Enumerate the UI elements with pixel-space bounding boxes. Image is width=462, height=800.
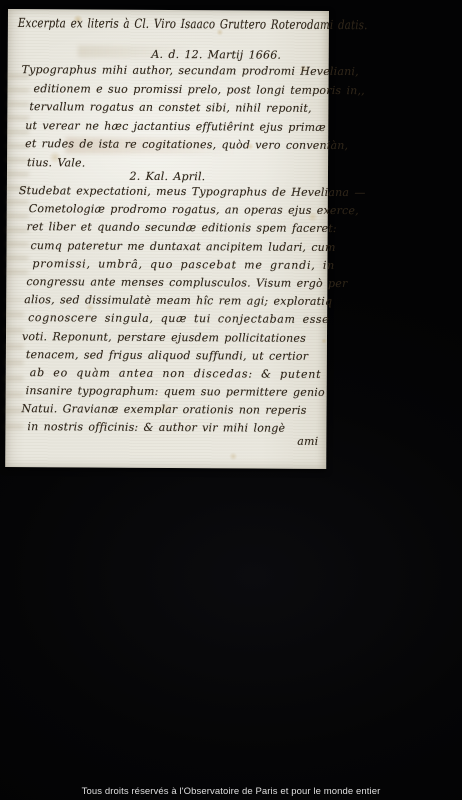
- manuscript-line: ab eo quàm antea non discedas: & putent: [30, 366, 323, 386]
- paragraph-first: Typographus mihi author, secundam prodro…: [17, 63, 325, 176]
- manuscript-line: in nostris officinis: & author vir mihi …: [27, 421, 322, 441]
- manuscript-page: Excerpta ex literis à Cl. Viro Isaaco Gr…: [5, 9, 329, 469]
- manuscript-line: congressu ante menses complusculos. Visu…: [26, 275, 323, 295]
- manuscript-line: ret liber et quando secundæ editionis sp…: [27, 220, 324, 240]
- dateline-second: 2. Kal. April.: [7, 169, 342, 184]
- manuscript-line: voti. Reponunt, perstare ejusdem pollici…: [22, 330, 323, 350]
- manuscript-line: Studebat expectationi, meus Typographus …: [19, 184, 324, 204]
- manuscript-line: tenacem, sed frigus aliquod suffundi, ut…: [26, 348, 323, 368]
- manuscript-line: alios, sed dissimulatè meam hîc rem agi;…: [24, 293, 323, 313]
- catchword: ami: [297, 435, 318, 448]
- manuscript-line: tervallum rogatus an constet sibi, nihil…: [29, 100, 324, 120]
- copyright-caption: Tous droits réservés à l'Observatoire de…: [0, 786, 462, 797]
- manuscript-line: cumq pateretur me duntaxat ancipitem lud…: [30, 239, 323, 259]
- letter-heading: Excerpta ex literis à Cl. Viro Isaaco Gr…: [18, 15, 368, 32]
- manuscript-line: editionem e suo promissi prelo, post lon…: [33, 82, 324, 102]
- manuscript-line: cognoscere singula, quæ tui conjectabam …: [28, 311, 323, 331]
- manuscript-line: insanire typographum: quem suo permitter…: [26, 384, 323, 404]
- manuscript-line: Cometologiæ prodromo rogatus, an operas …: [29, 202, 324, 222]
- manuscript-line: promissi, umbrâ, quo pascebat me grandi,…: [32, 257, 323, 277]
- dateline-first: A. d. 12. Martij 1666.: [8, 47, 377, 62]
- manuscript-line: ut verear ne hæc jactantius effutiêrint …: [25, 119, 324, 139]
- paragraph-second: Studebat expectationi, meus Typographus …: [15, 184, 324, 440]
- manuscript-line: et rudes de ista re cogitationes, quòd v…: [25, 137, 324, 157]
- scan-viewport: Excerpta ex literis à Cl. Viro Isaaco Gr…: [0, 0, 462, 800]
- manuscript-line: Typographus mihi author, secundam prodro…: [22, 63, 325, 83]
- manuscript-line: Natui. Gravianæ exemplar orationis non r…: [21, 402, 322, 422]
